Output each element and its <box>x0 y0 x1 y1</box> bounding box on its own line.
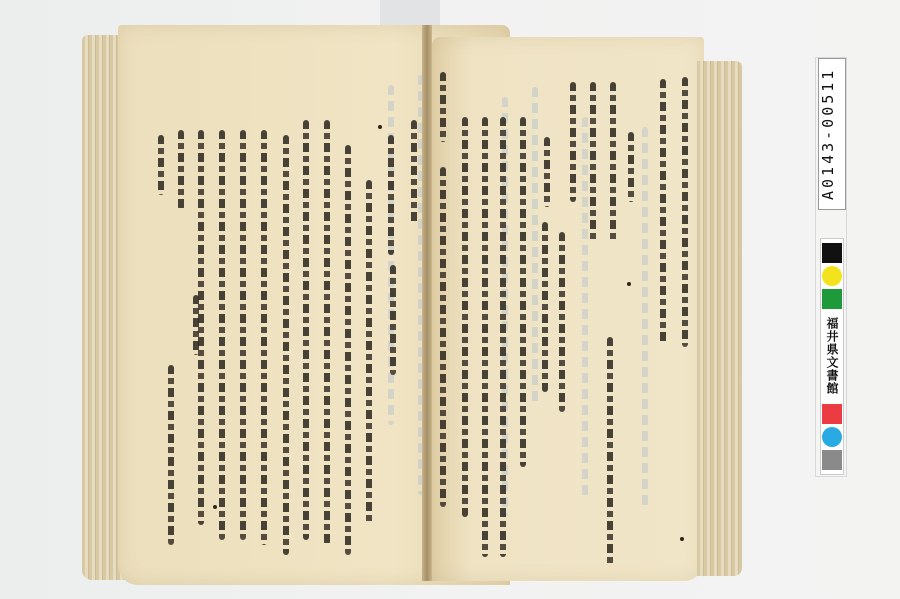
text-column <box>682 77 688 347</box>
yellow-swatch <box>822 266 842 286</box>
black-swatch <box>822 243 842 263</box>
text-column <box>193 295 199 355</box>
text-column <box>168 365 174 545</box>
red-swatch <box>822 404 842 424</box>
text-column <box>520 117 526 467</box>
text-column <box>590 82 596 242</box>
catalog-id-text: A0143-00511 <box>818 58 846 210</box>
catalog-id-label: A0143-00511 <box>818 58 844 208</box>
text-column <box>158 135 164 195</box>
text-column <box>219 130 225 540</box>
text-column <box>324 120 330 545</box>
text-column <box>610 82 616 242</box>
text-column <box>240 130 246 540</box>
color-chart-card: 福井県文書館 <box>820 238 844 475</box>
text-column <box>570 82 576 202</box>
page-edges-right <box>697 61 742 576</box>
text-column <box>542 222 548 392</box>
text-column <box>345 145 351 555</box>
green-swatch <box>822 289 842 309</box>
text-column <box>544 137 550 207</box>
text-column <box>660 79 666 344</box>
text-column <box>261 130 267 545</box>
open-manuscript-book <box>82 25 742 595</box>
text-column <box>500 117 506 557</box>
text-column <box>178 130 184 210</box>
text-column <box>440 72 446 142</box>
text-column <box>390 265 396 375</box>
text-column <box>388 135 394 255</box>
text-column <box>303 120 309 540</box>
text-column <box>366 180 372 525</box>
right-page <box>432 37 704 581</box>
text-column <box>411 120 417 225</box>
text-column <box>607 337 613 567</box>
institution-name: 福井県文書館 <box>823 317 841 395</box>
text-column <box>628 132 634 202</box>
text-column <box>482 117 488 557</box>
text-column <box>440 167 446 507</box>
text-column <box>283 135 289 555</box>
text-column <box>462 117 468 517</box>
book-gutter <box>422 25 432 581</box>
cyan-swatch <box>822 427 842 447</box>
gray-swatch <box>822 450 842 470</box>
text-column <box>559 232 565 412</box>
archive-color-scale-bar: A0143-00511 福井県文書館 <box>815 57 847 477</box>
